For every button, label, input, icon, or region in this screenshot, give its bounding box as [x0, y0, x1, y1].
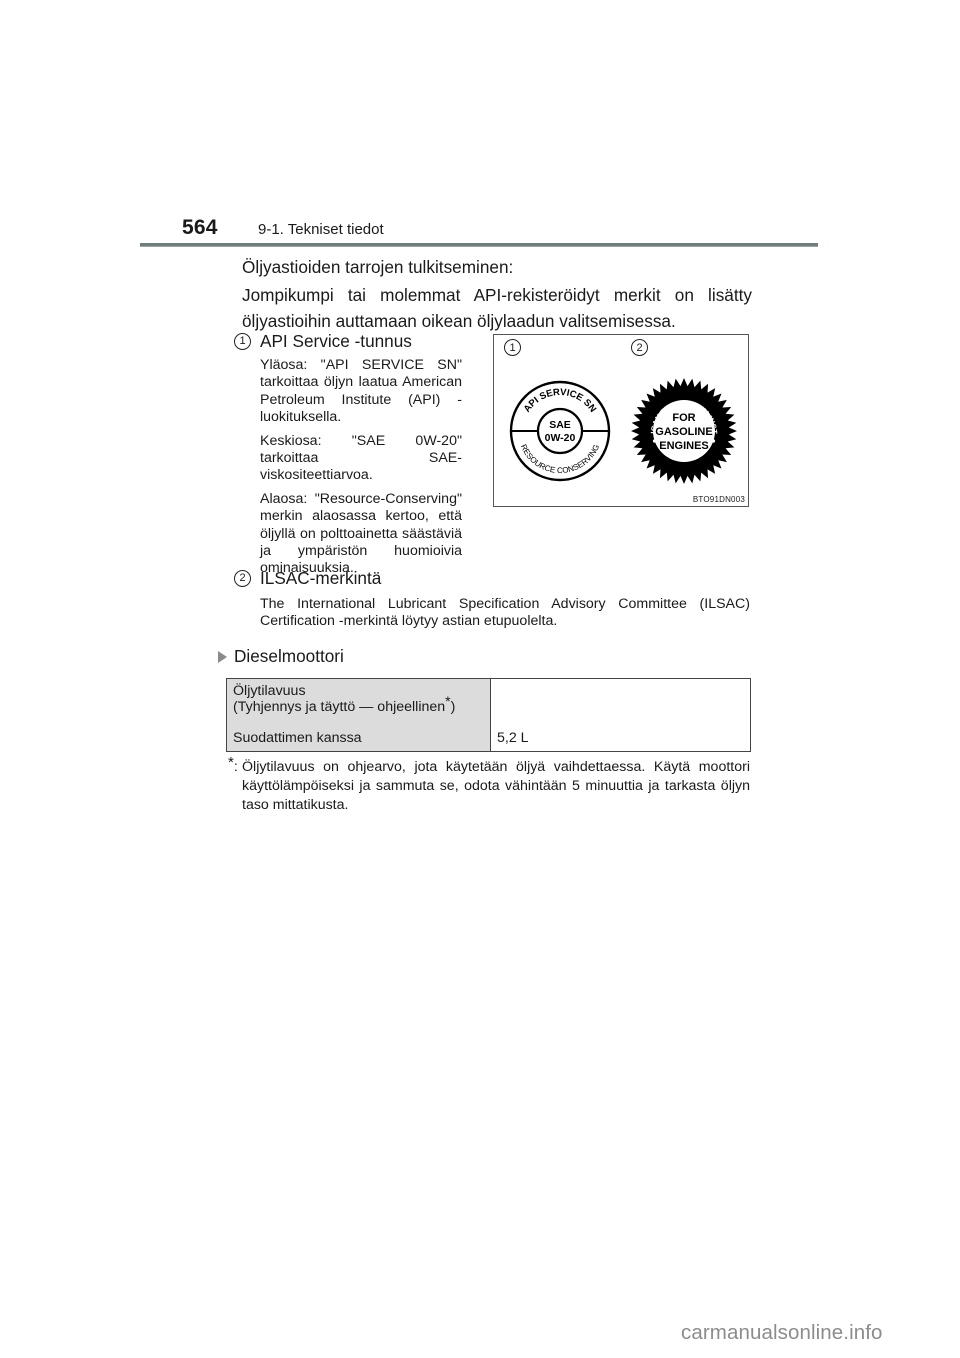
triangle-bullet-icon: [218, 651, 227, 663]
section-title: 9-1. Tekniset tiedot: [258, 221, 384, 238]
with-filter-value: 5,2 L: [491, 728, 751, 752]
figure-label-2-icon: 2: [631, 339, 648, 356]
footnote: *: Öljytilavuus on ohjearvo, jota käytet…: [228, 758, 750, 815]
item-1-title: API Service -tunnus: [260, 330, 412, 352]
paren-close: ): [451, 699, 456, 715]
figure-illustration: API SERVICE SN RESOURCE CONSERVING SAE 0…: [494, 335, 750, 508]
oil-capacity-table: Öljytilavuus (Tyhjennys ja täyttö — ohje…: [226, 678, 751, 752]
table-row: Öljytilavuus (Tyhjennys ja täyttö — ohje…: [227, 679, 751, 729]
item-2-heading: 2 ILSAC-merkintä: [236, 567, 381, 589]
intro-title: Öljyastioiden tarrojen tulkitseminen:: [242, 254, 513, 280]
table-value-cell: [491, 679, 751, 729]
watermark-link[interactable]: carmanualsonline.info: [681, 1321, 883, 1345]
circled-number-2-icon: 2: [234, 570, 251, 587]
figure-label-1-icon: 1: [504, 339, 521, 356]
page-number: 564: [182, 216, 218, 240]
item-1-heading: 1 API Service -tunnus: [236, 330, 412, 352]
svg-text:0W-20: 0W-20: [545, 432, 576, 444]
intro-body: Jompikumpi tai molemmat API-rekisteröidy…: [242, 282, 752, 334]
diesel-heading: Dieselmoottori: [218, 646, 344, 667]
footnote-asterisk: *: [228, 754, 234, 771]
api-service-symbol-icon: API SERVICE SN RESOURCE CONSERVING SAE 0…: [511, 382, 609, 480]
oil-capacity-sublabel: (Tyhjennys ja täyttö — ohjeellinen: [233, 699, 445, 715]
oil-symbol-figure: API SERVICE SN RESOURCE CONSERVING SAE 0…: [493, 334, 749, 507]
svg-text:ENGINES: ENGINES: [659, 440, 709, 452]
item-1-paragraph: Keskiosa: "SAE 0W-20" tarkoittaa SAE-vis…: [260, 433, 462, 485]
table-label-cell: Öljytilavuus (Tyhjennys ja täyttö — ohje…: [227, 679, 491, 729]
header-divider: [140, 243, 818, 247]
diesel-heading-text: Dieselmoottori: [234, 646, 344, 667]
svg-text:FOR: FOR: [672, 412, 695, 424]
item-1-description: Yläosa: "API SERVICE SN" tarkoittaa öljy…: [260, 357, 462, 584]
table-row: Suodattimen kanssa 5,2 L: [227, 728, 751, 752]
figure-code: BTO91DN003: [693, 495, 745, 504]
circled-number-1-icon: 1: [234, 333, 251, 350]
with-filter-label: Suodattimen kanssa: [227, 728, 491, 752]
footnote-text: Öljytilavuus on ohjearvo, jota käytetään…: [228, 758, 750, 815]
svg-text:SAE: SAE: [549, 419, 571, 431]
item-1-paragraph: Yläosa: "API SERVICE SN" tarkoittaa öljy…: [260, 357, 462, 427]
item-1-paragraph: Alaosa: "Resource-Conserving" merkin ala…: [260, 491, 462, 578]
item-2-description: The International Lubricant Specificatio…: [260, 596, 750, 631]
item-2-title: ILSAC-merkintä: [260, 567, 381, 589]
footnote-mark: *:: [228, 758, 238, 777]
svg-text:GASOLINE: GASOLINE: [655, 426, 712, 438]
oil-capacity-label: Öljytilavuus: [233, 683, 306, 699]
